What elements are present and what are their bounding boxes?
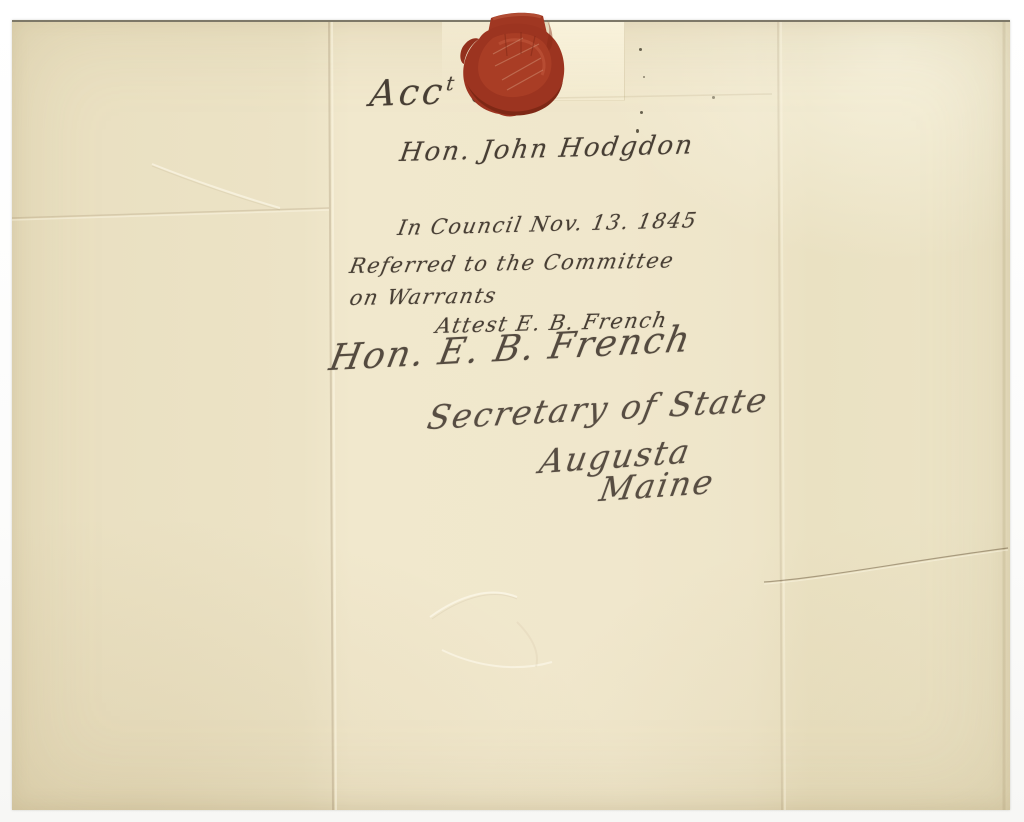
handwriting-referral-line-2: on Warrants [348,283,500,310]
ink-speck [712,96,715,99]
ink-speck [639,48,642,51]
document-paper: Acct of ' Hon. John Hodgdon In Council N… [12,20,1010,810]
ink-speck [640,111,643,114]
docket-title-base: Acc [368,71,448,115]
ink-speck [636,129,639,133]
scan-background: Acct of ' Hon. John Hodgdon In Council N… [0,0,1024,822]
red-wax-seal [447,4,579,126]
ink-speck [643,76,645,78]
